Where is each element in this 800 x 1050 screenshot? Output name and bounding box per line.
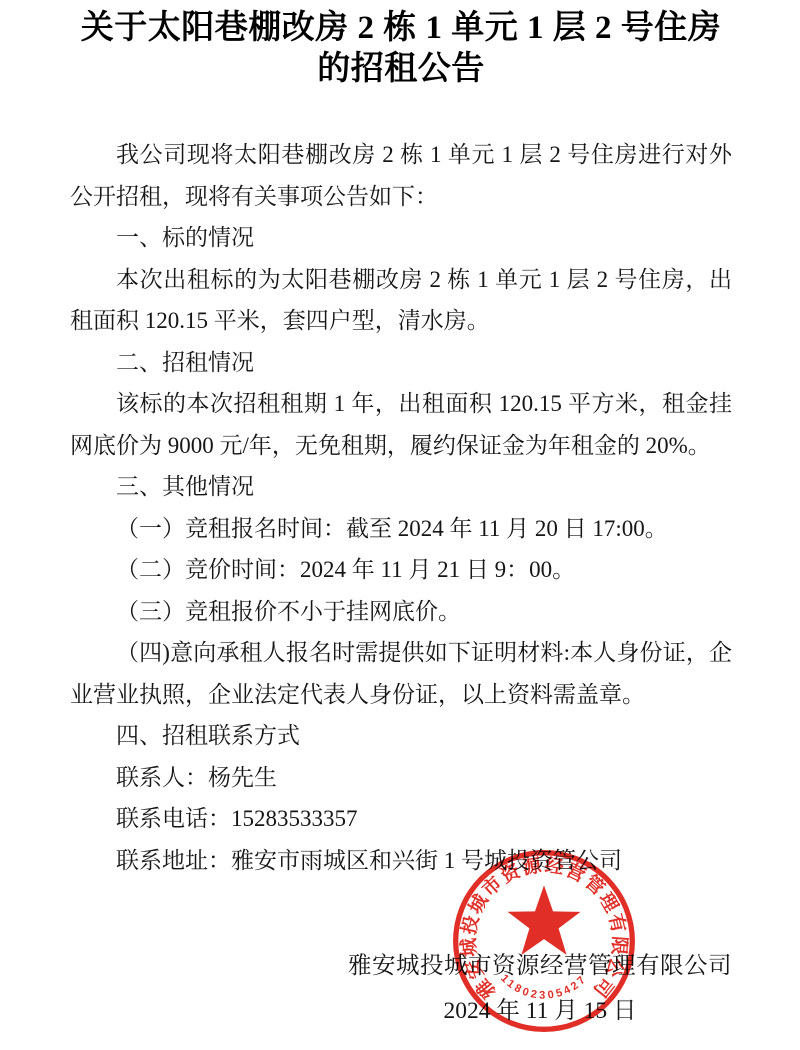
paragraph-item-1: （一）竞租报名时间：截至 2024 年 11 月 20 日 17:00。 (70, 508, 732, 550)
announcement-page: 关于太阳巷棚改房 2 栋 1 单元 1 层 2 号住房 的招租公告 我公司现将太… (0, 0, 800, 1050)
paragraph-item-4: （四)意向承租人报名时需提供如下证明材料:本人身份证，企业营业执照，企业法定代表… (70, 632, 732, 715)
heading-section-4: 四、招租联系方式 (70, 715, 732, 757)
title-line-1: 关于太阳巷棚改房 2 栋 1 单元 1 层 2 号住房 (70, 8, 732, 49)
paragraph-item-3: （三）竞租报价不小于挂网底价。 (70, 591, 732, 633)
contact-address: 联系地址：雅安市雨城区和兴街 1 号城投资管公司 (70, 840, 732, 882)
paragraph-item-2: （二）竞价时间：2024 年 11 月 21 日 9：00。 (70, 549, 732, 591)
paragraph-target-info: 本次出租标的为太阳巷棚改房 2 栋 1 单元 1 层 2 号住房，出租面积 12… (70, 259, 732, 342)
announcement-body: 我公司现将太阳巷棚改房 2 栋 1 单元 1 层 2 号住房进行对外公开招租，现… (70, 134, 732, 881)
heading-section-1: 一、标的情况 (70, 217, 732, 259)
star-icon (508, 885, 581, 955)
paragraph-intro: 我公司现将太阳巷棚改房 2 栋 1 单元 1 层 2 号住房进行对外公开招租，现… (70, 134, 732, 217)
signature-date: 2024 年 11 月 15 日 (348, 991, 732, 1032)
signature-company: 雅安城投城市资源经营管理有限公司 (348, 946, 732, 987)
signature-block: 雅安城投城市资源经营管理有限公司 2024 年 11 月 15 日 (348, 946, 732, 1032)
heading-section-2: 二、招租情况 (70, 342, 732, 384)
title-line-2: 的招租公告 (70, 49, 732, 90)
paragraph-rental-info: 该标的本次招租租期 1 年，出租面积 120.15 平方米，租金挂网底价为 90… (70, 383, 732, 466)
page-title: 关于太阳巷棚改房 2 栋 1 单元 1 层 2 号住房 的招租公告 (70, 8, 732, 90)
contact-person: 联系人：杨先生 (70, 757, 732, 799)
heading-section-3: 三、其他情况 (70, 466, 732, 508)
contact-phone: 联系电话：15283533357 (70, 798, 732, 840)
